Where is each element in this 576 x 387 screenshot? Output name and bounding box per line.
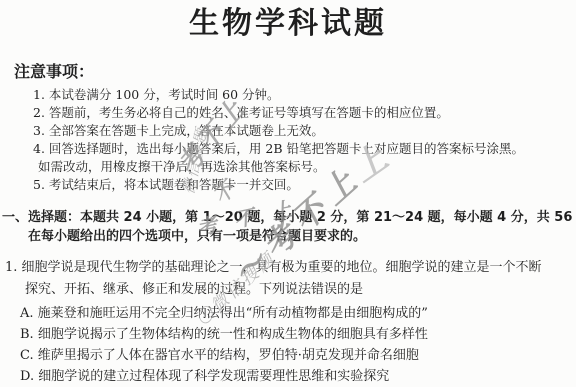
notice-section: 注意事项： 1. 本试卷满分 100 分，考试时间 60 分钟。 2. 答题前，… [0,62,576,194]
option-d: D. 细胞学说的建立过程体现了科学发现需要理性思维和实验探究 [20,366,576,387]
option-c: C. 维萨里揭示了人体在器官水平的结构，罗伯特·胡克发现并命名细胞 [20,345,576,366]
exam-paper-page: 生物学科试题 注意事项： 1. 本试卷满分 100 分，考试时间 60 分钟。 … [0,0,576,387]
question-1-options: A. 施莱登和施旺运用不完全归纳法得出“所有动植物都是由细胞构成的” B. 细胞… [20,303,576,387]
notice-list: 1. 本试卷满分 100 分，考试时间 60 分钟。 2. 答题前，考生务必将自… [33,86,576,194]
notice-item-5: 5. 考试结束后，将本试题卷和答题卡一并交回。 [33,176,576,194]
question-1-stem-line-2: 探究、开拓、继承、修正和发展的过程。下列说法错误的是 [5,279,576,301]
question-1: 1. 细胞学说是现代生物学的基础理论之一，具有极为重要的地位。细胞学说的建立是一… [5,257,576,387]
section-heading-line-1: 一、选择题：本题共 24 小题，第 1～20 题，每小题 2 分，第 21～24… [2,208,576,227]
notice-item-1: 1. 本试卷满分 100 分，考试时间 60 分钟。 [33,86,576,104]
question-1-stem-line-1: 1. 细胞学说是现代生物学的基础理论之一，具有极为重要的地位。细胞学说的建立是一… [5,257,576,279]
question-1-stem: 1. 细胞学说是现代生物学的基础理论之一，具有极为重要的地位。细胞学说的建立是一… [5,257,576,301]
notice-heading: 注意事项： [14,62,576,82]
option-b: B. 细胞学说揭示了生物体结构的统一性和构成生物体的细胞具有多样性 [20,324,576,345]
section-heading: 一、选择题：本题共 24 小题，第 1～20 题，每小题 2 分，第 21～24… [2,208,576,246]
notice-item-3: 3. 全部答案在答题卡上完成，答在本试题卷上无效。 [33,122,576,140]
page-title: 生物学科试题 [0,6,576,42]
section-heading-line-2: 在每小题给出的四个选项中，只有一项是符合题目要求的。 [2,227,576,246]
notice-item-4-continued: 如需改动，用橡皮擦干净后，再选涂其他答案标号。 [33,158,576,176]
option-a: A. 施莱登和施旺运用不完全归纳法得出“所有动植物都是由细胞构成的” [20,303,576,324]
notice-item-2: 2. 答题前，考生务必将自己的姓名、准考证号等填写在答题卡的相应位置。 [33,104,576,122]
notice-item-4: 4. 回答选择题时，选出每小题答案后，用 2B 铅笔把答题卡上对应题目的答案标号… [33,140,576,158]
